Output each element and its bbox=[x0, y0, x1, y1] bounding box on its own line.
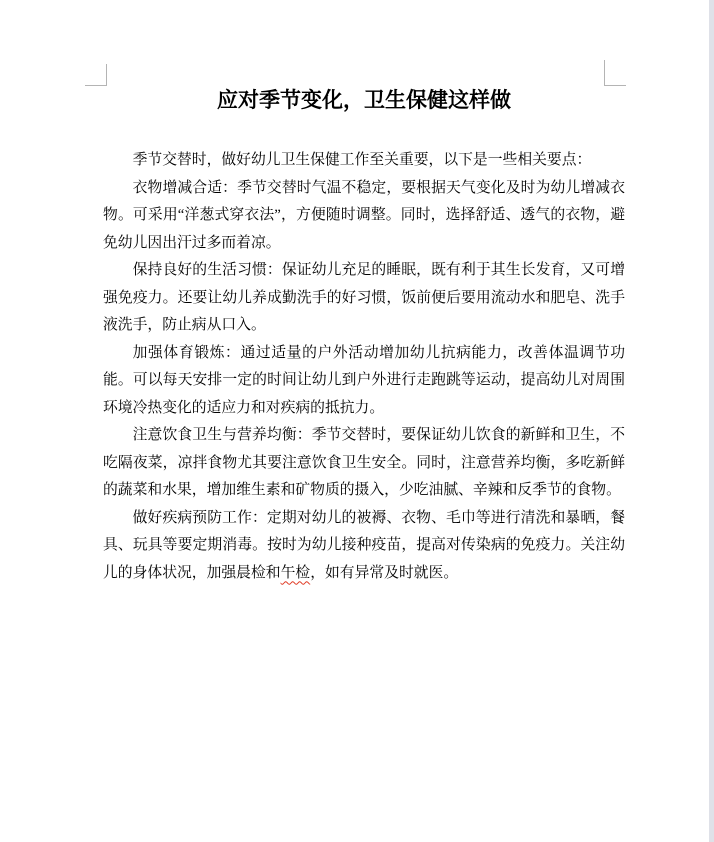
document-title[interactable]: 应对季节变化，卫生保健这样做 bbox=[103, 88, 625, 112]
spellcheck-flagged-word: 午检 bbox=[281, 565, 311, 581]
page-edge-strip bbox=[709, 0, 714, 842]
paragraph[interactable]: 注意饮食卫生与营养均衡：季节交替时，要保证幼儿饮食的新鲜和卫生，不吃隔夜菜，凉拌… bbox=[103, 422, 625, 505]
text-run: 衣物增减合适：季节交替时气温不稳定，要根据天气变化及时为幼儿增减衣物。可采用“洋… bbox=[103, 180, 625, 251]
text-boundary-mark-top-right bbox=[604, 60, 626, 86]
document-page: 应对季节变化，卫生保健这样做 季节交替时，做好幼儿卫生保健工作至关重要，以下是一… bbox=[0, 0, 714, 842]
paragraph[interactable]: 衣物增减合适：季节交替时气温不稳定，要根据天气变化及时为幼儿增减衣物。可采用“洋… bbox=[103, 175, 625, 258]
document-text-area[interactable]: 应对季节变化，卫生保健这样做 季节交替时，做好幼儿卫生保健工作至关重要，以下是一… bbox=[103, 88, 625, 587]
text-run: 加强体育锻炼：通过适量的户外活动增加幼儿抗病能力，改善体温调节功能。可以每天安排… bbox=[103, 345, 625, 416]
text-run: 季节交替时，做好幼儿卫生保健工作至关重要，以下是一些相关要点： bbox=[133, 152, 592, 168]
paragraph[interactable]: 加强体育锻炼：通过适量的户外活动增加幼儿抗病能力，改善体温调节功能。可以每天安排… bbox=[103, 340, 625, 423]
text-run: ，如有异常及时就医。 bbox=[310, 565, 458, 581]
text-boundary-mark-top-left bbox=[85, 64, 107, 86]
paragraph[interactable]: 做好疾病预防工作：定期对幼儿的被褥、衣物、毛巾等进行清洗和暴晒，餐具、玩具等要定… bbox=[103, 505, 625, 588]
paragraph[interactable]: 季节交替时，做好幼儿卫生保健工作至关重要，以下是一些相关要点： bbox=[103, 147, 625, 175]
paragraph[interactable]: 保持良好的生活习惯：保证幼儿充足的睡眠，既有利于其生长发育，又可增强免疫力。还要… bbox=[103, 257, 625, 340]
text-run: 保持良好的生活习惯：保证幼儿充足的睡眠，既有利于其生长发育，又可增强免疫力。还要… bbox=[103, 262, 625, 333]
document-body[interactable]: 季节交替时，做好幼儿卫生保健工作至关重要，以下是一些相关要点：衣物增减合适：季节… bbox=[103, 147, 625, 587]
text-run: 注意饮食卫生与营养均衡：季节交替时，要保证幼儿饮食的新鲜和卫生，不吃隔夜菜，凉拌… bbox=[103, 427, 625, 498]
